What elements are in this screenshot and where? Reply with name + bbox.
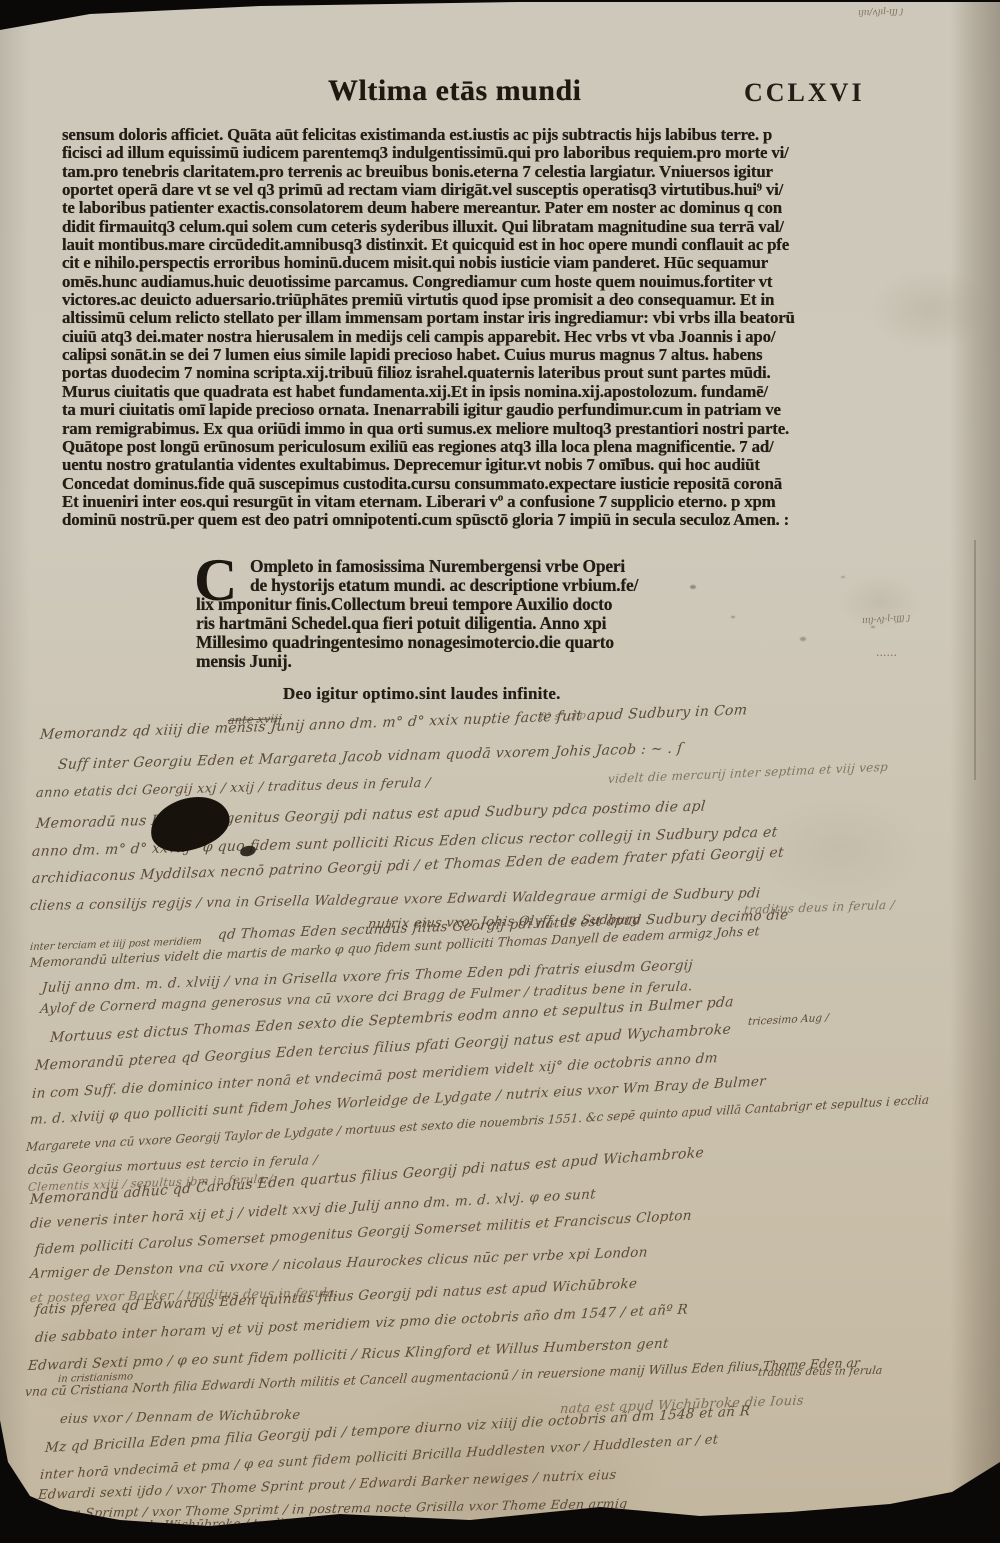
printed-line: omēs.hunc audiamus.huic deuotissime parc…	[62, 273, 942, 291]
printed-line: oportet operā dare vt se vel q3 primū ad…	[62, 181, 942, 199]
photo-background: ıȷıı/ʌȷıl-ıȷȷ ȷ ıııȷ-ʌȷ-l-ıȷȷȷ ȷ ...... …	[0, 0, 1000, 1543]
printed-line: sensum doloris afficiet. Quāta aūt felic…	[62, 126, 942, 144]
printed-line: ta muri ciuitatis omī lapide precioso or…	[62, 401, 942, 419]
handwritten-line: Memoradū nus Eden pmogenitus Georgij pdi…	[35, 798, 706, 832]
handwritten-insertion: traditus deus in ferula	[757, 1364, 883, 1379]
printed-line: portas duodecim 7 nomina scripta.xij.tri…	[62, 364, 942, 382]
colophon-line: Millesimo quadringentesimo nonagesimoter…	[196, 633, 702, 652]
printed-line: ram remigrabimus. Ex qua oriūdi immo in …	[62, 420, 942, 438]
handwritten-line: Memorandz qd xiiij die mensis Junij anno…	[39, 702, 748, 743]
colophon-block: Ompleto in famosissima Nurembergensi vrb…	[250, 557, 702, 595]
pen-trial-marks: ıııȷ-ʌȷ-l-ıȷȷȷ ȷ	[862, 613, 911, 626]
handwritten-line: anno etatis dci Georgij xxj / xxij / tra…	[35, 776, 431, 801]
colophon-line: de hystorijs etatum mundi. ac descriptio…	[250, 576, 700, 595]
handwritten-line: cliens a consilijs regijs / vna in Grise…	[29, 885, 761, 914]
colophon-block: lix imponitur finis.Collectum breui temp…	[196, 595, 704, 671]
page-title: Wltima etās mundi	[328, 74, 582, 108]
printed-line: calipsi sonāt.in se dei 7 lumen eius sim…	[62, 346, 942, 364]
stain-specks	[690, 585, 696, 589]
paper: ıȷıı/ʌȷıl-ıȷȷ ȷ ıııȷ-ʌȷ-l-ıȷȷȷ ȷ ...... …	[0, 0, 1000, 1543]
handwritten-line: Suff inter Georgiu Eden et Margareta Jac…	[57, 741, 683, 773]
handwritten-insertion: tricesimo Aug /	[748, 1012, 830, 1028]
pen-trial-marks: ıȷıı/ʌȷıl-ıȷȷ ȷ	[858, 6, 904, 18]
printed-line: didit firmauitq3 celum.qui solem cum cet…	[62, 218, 942, 236]
handwritten-insertion: ante xviij	[227, 712, 282, 727]
printed-line: ficisci ad illum equissimū iudicem paren…	[62, 144, 942, 162]
printed-line: lauit montibus.mare circūdedit.amnibusq3…	[62, 236, 942, 254]
handwritten-insertion: 8° s° cho	[540, 710, 587, 723]
colophon-line: mensis Junij.	[196, 652, 704, 671]
page-edge-shadow	[974, 540, 976, 780]
handwritten-line: vxor / Dennam de Wichūbroke / traditus d…	[47, 1514, 405, 1534]
colophon-line: ris hartmāni Schedel.qua fieri potuit di…	[196, 614, 702, 633]
colophon-line: lix imponitur finis.Collectum breui temp…	[196, 595, 702, 614]
printed-text-block: sensum doloris afficiet. Quāta aūt felic…	[62, 126, 946, 530]
printed-line: Murus ciuitatis que quadrata est habet f…	[62, 383, 942, 401]
printed-line: Concedat dominus.fide quā suscepimus cus…	[62, 475, 942, 493]
pen-trial-dots: ......	[876, 646, 897, 659]
printed-line: ciuiū atq3 dei.mater nostra hierusalem i…	[62, 328, 942, 346]
folio-number: CCLXVI	[744, 78, 865, 108]
printed-line: dominū nostrū.per quem est deo patri omn…	[62, 511, 942, 529]
printed-line: cit e nihilo.perspectis erroribus hominū…	[62, 254, 942, 272]
handwritten-line: eius vxor / Dennam de Wichūbroke	[59, 1408, 301, 1427]
colophon-motto: Deo igitur optimo.sint laudes infinite.	[283, 684, 561, 704]
handwritten-line: dcūs Georgius mortuus est tercio in feru…	[27, 1152, 318, 1177]
printed-line: tam.pro tenebris claritatem.pro terrenis…	[62, 163, 942, 181]
printed-line: te laboribus patienter exactis.consolato…	[62, 199, 942, 217]
printed-line: Quātope post longū erūnosum periculosum …	[62, 438, 942, 456]
printed-line: uentu nostro gratulantia videntes exulta…	[62, 456, 942, 474]
printed-line: altissimū celum relicto stellato per ill…	[62, 309, 942, 327]
printed-line: Et inueniri inter eos.qui resurgūt in vi…	[62, 493, 942, 511]
printed-line: victores.ac deuicto aduersario.triūphāte…	[62, 291, 942, 309]
handwritten-line: videlt die mercurij inter septima et vii…	[607, 760, 888, 786]
colophon-line: Ompleto in famosissima Nurembergensi vrb…	[250, 557, 700, 576]
